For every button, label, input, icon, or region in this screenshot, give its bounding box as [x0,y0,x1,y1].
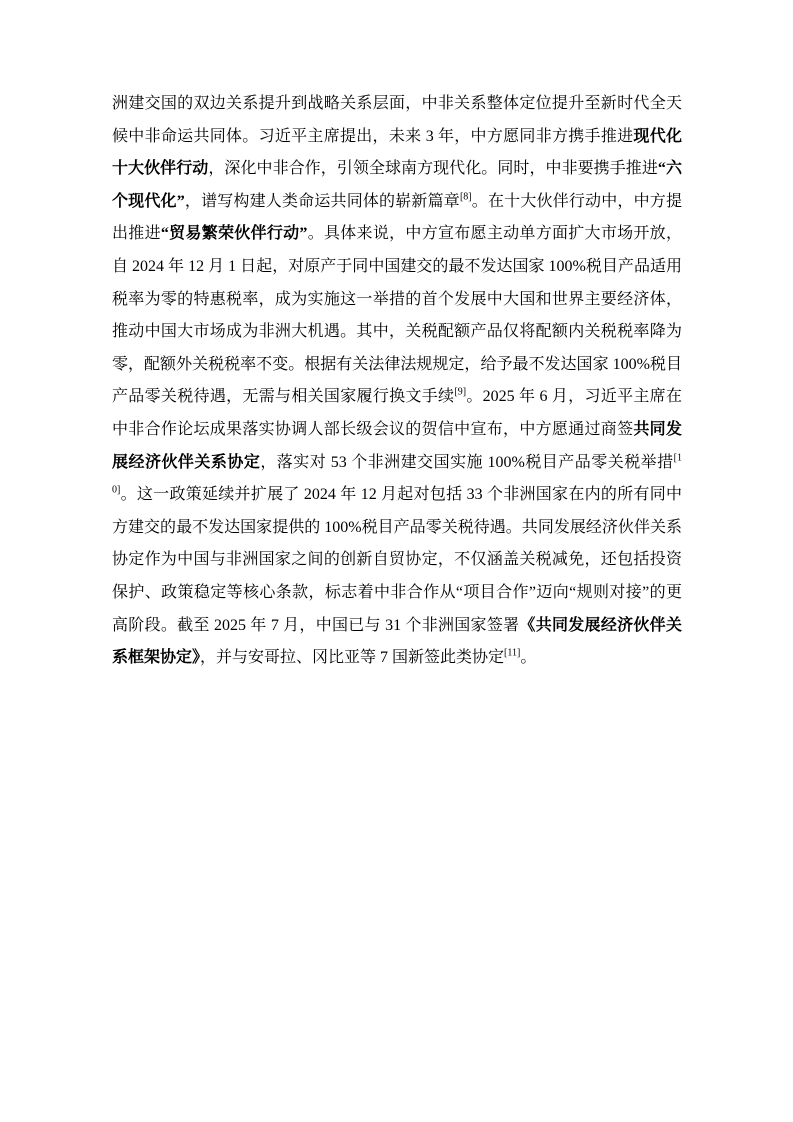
text-run: ，谱写构建人类命运共同体的崭新篇章 [185,193,460,210]
text-run: 。具体来说，中方宣布愿主动单方面扩大市场开放，自 2024 年 12 月 1 日… [112,225,682,405]
text-run: ，并与安哥拉、冈比亚等 7 国新签此类协定 [200,649,504,666]
text-run: ，深化中非合作，引领全球南方现代化。同时，中非要携手推进 [208,160,658,177]
text-run: ，落实对 53 个非洲建交国实施 100%税目产品零关税举措 [260,454,673,471]
text-run: 洲建交国的双边关系提升到战略关系层面，中非关系整体定位提升至新时代全天候中非命运… [112,95,682,145]
footnote-reference: [8] [460,191,472,202]
footnote-reference: [11] [504,648,520,659]
text-run: 。 [520,649,536,666]
document-page: 洲建交国的双边关系提升到战略关系层面，中非关系整体定位提升至新时代全天候中非命运… [0,0,793,1122]
bold-text-run: “贸易繁荣伙伴行动” [161,225,308,242]
body-paragraph: 洲建交国的双边关系提升到战略关系层面，中非关系整体定位提升至新时代全天候中非命运… [112,88,682,675]
footnote-reference: [9] [454,387,466,398]
text-run: 。这一政策延续并扩展了 2024 年 12 月起对包括 33 个非洲国家在内的所… [112,486,682,633]
